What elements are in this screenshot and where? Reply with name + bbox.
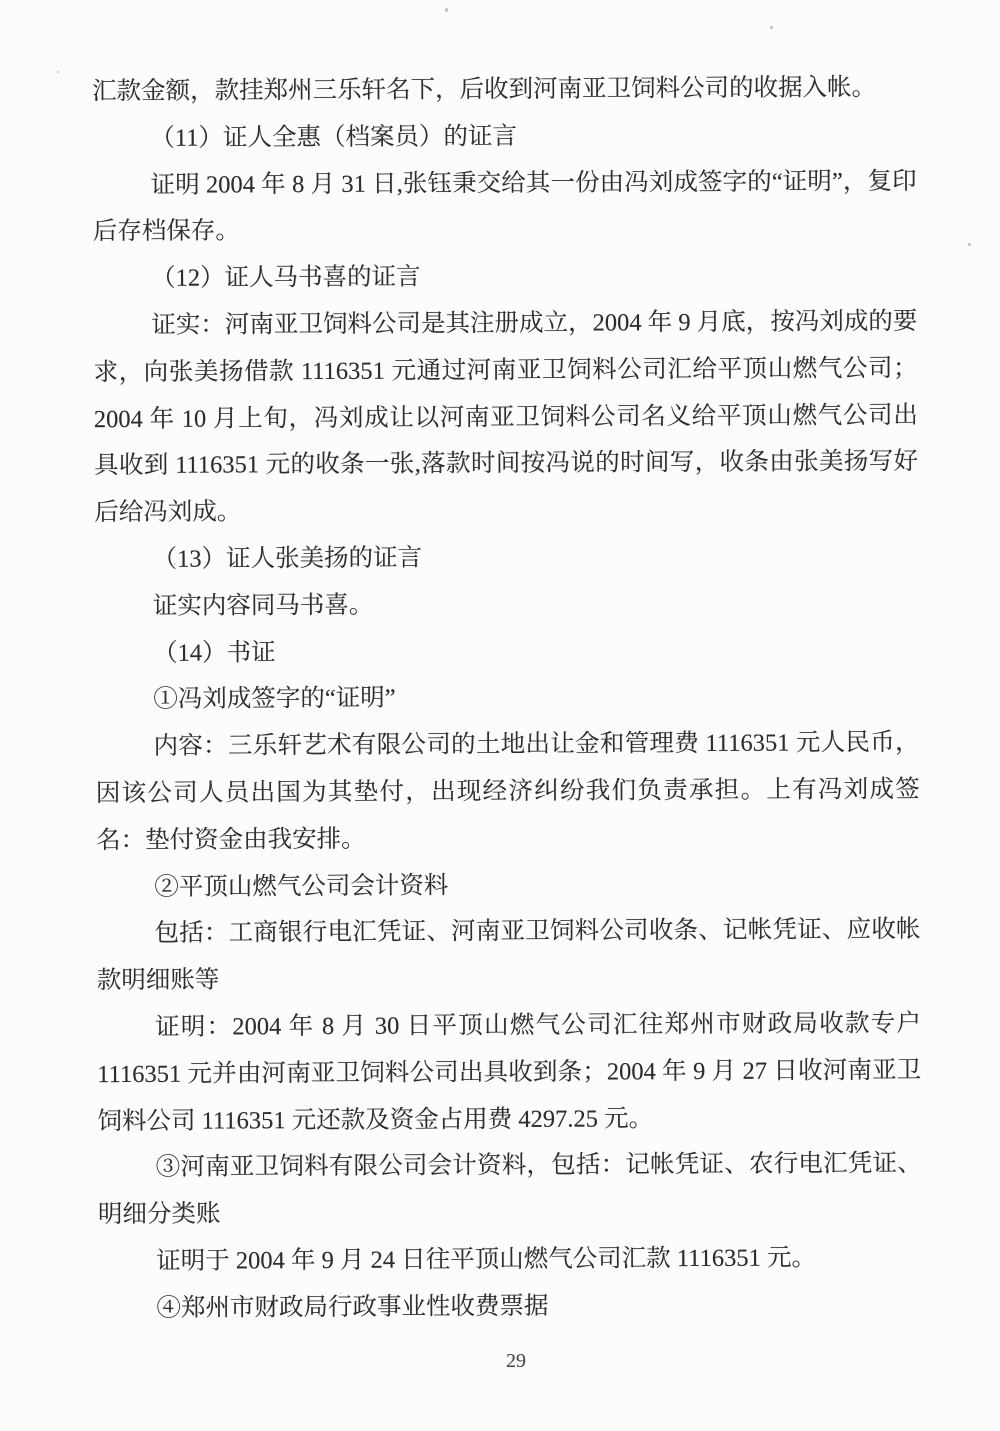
paragraph: 证明 2004 年 8 月 31 日,张钰秉交给其一份由冯刘成签字的“证明”，复… [92, 158, 916, 256]
scan-speck [445, 8, 448, 12]
paragraph: 证明于 2004 年 9 月 24 日往平顶山燃气公司汇款 1116351 元。 [98, 1235, 922, 1286]
paragraph: 证实：河南亚卫饲料公司是其注册成立，2004 年 9 月底，按冯刘成的要求，向张… [93, 299, 918, 537]
scan-speck [57, 71, 59, 73]
paragraph: 汇款金额，款挂郑州三乐轩名下，后收到河南亚卫饲料公司的收据入帐。 [92, 65, 916, 116]
page-number: 29 [16, 1350, 1000, 1373]
paragraph: ④郑州市财政局行政事业性收费票据 [98, 1282, 922, 1333]
paragraph: （14）书证 [95, 626, 919, 677]
scan-speck [770, 26, 773, 29]
paragraph: 包括：工商银行电汇凭证、河南亚卫饲料公司收条、记帐凭证、应收帐款明细账等 [96, 907, 920, 1005]
scan-speck [968, 243, 971, 246]
paragraph: ③河南亚卫饲料有限公司会计资料，包括：记帐凭证、农行电汇凭证、明细分类账 [98, 1141, 922, 1239]
paragraph: 内容：三乐轩艺术有限公司的土地出让金和管理费 1116351 元人民币，因该公司… [95, 720, 920, 865]
paragraph: ②平顶山燃气公司会计资料 [96, 860, 920, 911]
paragraph: 证明：2004 年 8 月 30 日平顶山燃气公司汇往郑州市财政局收款专户 11… [97, 1001, 922, 1146]
paragraph: 证实内容同马书喜。 [95, 580, 919, 631]
paragraph: （13）证人张美扬的证言 [94, 533, 918, 584]
paragraph: （11）证人全惠（档案员）的证言 [92, 112, 916, 163]
paragraph: ①冯刘成签字的“证明” [95, 673, 919, 724]
scan-speck [340, 1292, 342, 1294]
document-body: 汇款金额，款挂郑州三乐轩名下，后收到河南亚卫饲料公司的收据入帐。 （11）证人全… [92, 65, 923, 1333]
scan-speck [174, 563, 176, 565]
paragraph: （12）证人马书喜的证言 [93, 252, 917, 303]
scanned-document-page: 汇款金额，款挂郑州三乐轩名下，后收到河南亚卫饲料公司的收据入帐。 （11）证人全… [0, 0, 1000, 1431]
